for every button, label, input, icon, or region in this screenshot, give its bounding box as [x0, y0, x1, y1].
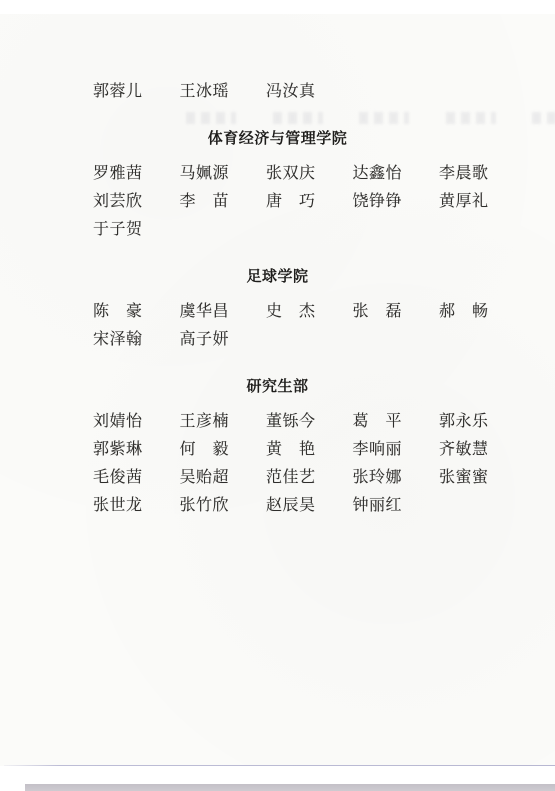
person-name: 黄 艳: [266, 440, 353, 460]
person-name: 郝 畅: [439, 302, 526, 322]
section-sports-economics-management: 体育经济与管理学院 罗雅茜 马姵源 张双庆 达鑫怡 李晨歌 刘芸欣 李 苗 唐 …: [93, 130, 555, 240]
person-name: 毛俊茜: [93, 468, 180, 488]
person-name: 刘婧怡: [93, 412, 180, 432]
person-name: 王彦楠: [180, 412, 267, 432]
person-name: 陈 豪: [93, 302, 180, 322]
names-row: 陈 豪 虞华昌 史 杰 张 磊 郝 畅: [93, 302, 555, 322]
person-name: 高子妍: [180, 330, 267, 350]
person-name: 李 苗: [180, 192, 267, 212]
names-row: 于子贺: [93, 220, 555, 240]
person-name: 李晨歌: [439, 164, 526, 184]
person-name: 张双庆: [266, 164, 353, 184]
section-title: 研究生部: [0, 378, 555, 396]
person-name: 何 毅: [180, 440, 267, 460]
person-name: 王冰瑶: [180, 82, 267, 102]
person-name: 张 磊: [353, 302, 440, 322]
bleed-through-mark: [446, 112, 496, 124]
person-name: 刘芸欣: [93, 192, 180, 212]
bleed-through-mark: [532, 112, 555, 124]
person-name: 马姵源: [180, 164, 267, 184]
intro-names-row: 郭蓉儿 王冰瑶 冯汝真: [93, 82, 555, 102]
person-name: 吴贻超: [180, 468, 267, 488]
person-name: 达鑫怡: [353, 164, 440, 184]
person-name: 葛 平: [353, 412, 440, 432]
person-name: 宋泽翰: [93, 330, 180, 350]
names-row: 宋泽翰 高子妍: [93, 330, 555, 350]
names-row: 罗雅茜 马姵源 张双庆 达鑫怡 李晨歌: [93, 164, 555, 184]
person-name: 郭紫琳: [93, 440, 180, 460]
names-row: 毛俊茜 吴贻超 范佳艺 张玲娜 张蜜蜜: [93, 468, 555, 488]
person-name: 罗雅茜: [93, 164, 180, 184]
section-title: 体育经济与管理学院: [0, 130, 555, 148]
person-name: 冯汝真: [266, 82, 353, 102]
person-name: 于子贺: [93, 220, 180, 240]
page-bottom-shadow: [25, 784, 555, 791]
person-name: 范佳艺: [266, 468, 353, 488]
bleed-through-artifact: [186, 112, 555, 124]
names-row: 郭紫琳 何 毅 黄 艳 李响丽 齐敏慧: [93, 440, 555, 460]
section-football: 足球学院 陈 豪 虞华昌 史 杰 张 磊 郝 畅 宋泽翰 高子妍: [93, 268, 555, 350]
bleed-through-mark: [186, 112, 236, 124]
person-name: 张竹欣: [180, 496, 267, 516]
person-name: 史 杰: [266, 302, 353, 322]
person-name: 张蜜蜜: [439, 468, 526, 488]
bleed-through-mark: [273, 112, 323, 124]
person-name: 虞华昌: [180, 302, 267, 322]
section-graduate: 研究生部 刘婧怡 王彦楠 董铄今 葛 平 郭永乐 郭紫琳 何 毅 黄 艳 李响丽…: [93, 378, 555, 516]
names-row: 刘芸欣 李 苗 唐 巧 饶铮铮 黄厚礼: [93, 192, 555, 212]
person-name: 李响丽: [353, 440, 440, 460]
person-name: 黄厚礼: [439, 192, 526, 212]
page-edge-line: [4, 765, 555, 766]
names-row: 张世龙 张竹欣 赵辰昊 钟丽红: [93, 496, 555, 516]
document-content: 郭蓉儿 王冰瑶 冯汝真 体育经济与管理学院 罗雅茜 马姵源 张双庆 达鑫怡 李晨…: [93, 0, 555, 524]
section-title: 足球学院: [0, 268, 555, 286]
person-name: 张世龙: [93, 496, 180, 516]
person-name: 唐 巧: [266, 192, 353, 212]
person-name: 齐敏慧: [439, 440, 526, 460]
person-name: 张玲娜: [353, 468, 440, 488]
person-name: 饶铮铮: [353, 192, 440, 212]
person-name: 赵辰昊: [266, 496, 353, 516]
scanned-document-page: 郭蓉儿 王冰瑶 冯汝真 体育经济与管理学院 罗雅茜 马姵源 张双庆 达鑫怡 李晨…: [0, 0, 555, 766]
person-name: 郭永乐: [439, 412, 526, 432]
person-name: 钟丽红: [353, 496, 440, 516]
person-name: 郭蓉儿: [93, 82, 180, 102]
names-row: 刘婧怡 王彦楠 董铄今 葛 平 郭永乐: [93, 412, 555, 432]
bleed-through-mark: [359, 112, 409, 124]
person-name: 董铄今: [266, 412, 353, 432]
